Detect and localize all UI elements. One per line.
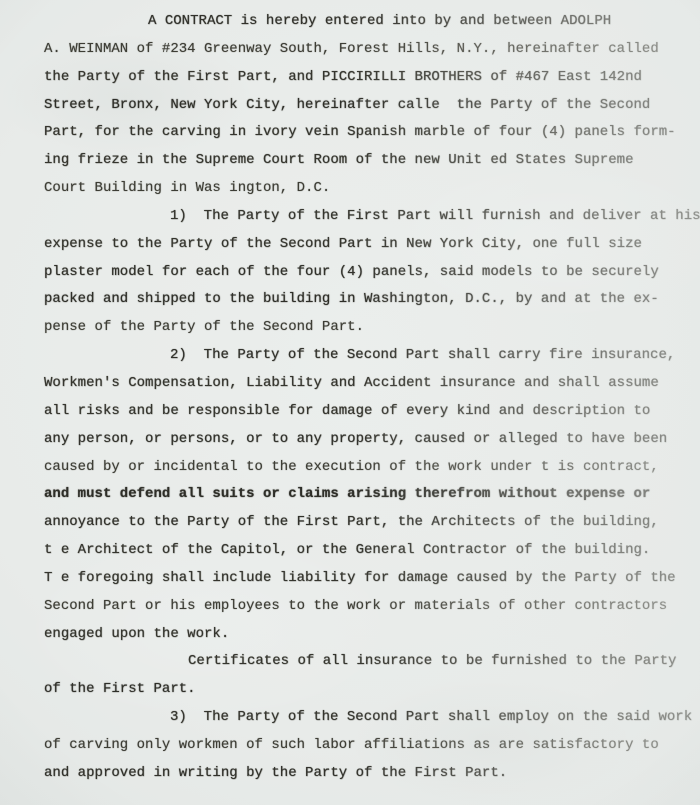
contract-line: and must defend all suits or claims aris… xyxy=(44,481,700,509)
contract-line: packed and shipped to the building in Wa… xyxy=(44,286,700,314)
contract-line: Part, for the carving in ivory vein Span… xyxy=(44,119,700,147)
contract-line: ing frieze in the Supreme Court Room of … xyxy=(44,147,700,175)
contract-line: and approved in writing by the Party of … xyxy=(44,760,700,788)
contract-line: Second Part or his employees to the work… xyxy=(44,593,700,621)
contract-line: t e Architect of the Capitol, or the Gen… xyxy=(44,537,700,565)
contract-line: 2) The Party of the Second Part shall ca… xyxy=(44,342,700,370)
contract-line: plaster model for each of the four (4) p… xyxy=(44,259,700,287)
contract-line: expense to the Party of the Second Part … xyxy=(44,231,700,259)
contract-line: Street, Bronx, New York City, hereinafte… xyxy=(44,92,700,120)
contract-line: Certificates of all insurance to be furn… xyxy=(44,648,700,676)
contract-line: all risks and be responsible for damage … xyxy=(44,398,700,426)
contract-line: 3) The Party of the Second Part shall em… xyxy=(44,704,700,732)
contract-line: of carving only workmen of such labor af… xyxy=(44,732,700,760)
contract-line: any person, or persons, or to any proper… xyxy=(44,426,700,454)
contract-line: annoyance to the Party of the First Part… xyxy=(44,509,700,537)
contract-line: A CONTRACT is hereby entered into by and… xyxy=(44,8,700,36)
contract-text: A CONTRACT is hereby entered into by and… xyxy=(44,8,700,788)
contract-line: Court Building in Was ington, D.C. xyxy=(44,175,700,203)
contract-line: T e foregoing shall include liability fo… xyxy=(44,565,700,593)
contract-line: A. WEINMAN of #234 Greenway South, Fores… xyxy=(44,36,700,64)
contract-line: of the First Part. xyxy=(44,676,700,704)
document-page: A CONTRACT is hereby entered into by and… xyxy=(0,0,700,805)
contract-line: 1) The Party of the First Part will furn… xyxy=(44,203,700,231)
contract-line: Workmen's Compensation, Liability and Ac… xyxy=(44,370,700,398)
contract-line: pense of the Party of the Second Part. xyxy=(44,314,700,342)
contract-line: caused by or incidental to the execution… xyxy=(44,454,700,482)
contract-line: the Party of the First Part, and PICCIRI… xyxy=(44,64,700,92)
contract-line: engaged upon the work. xyxy=(44,621,700,649)
